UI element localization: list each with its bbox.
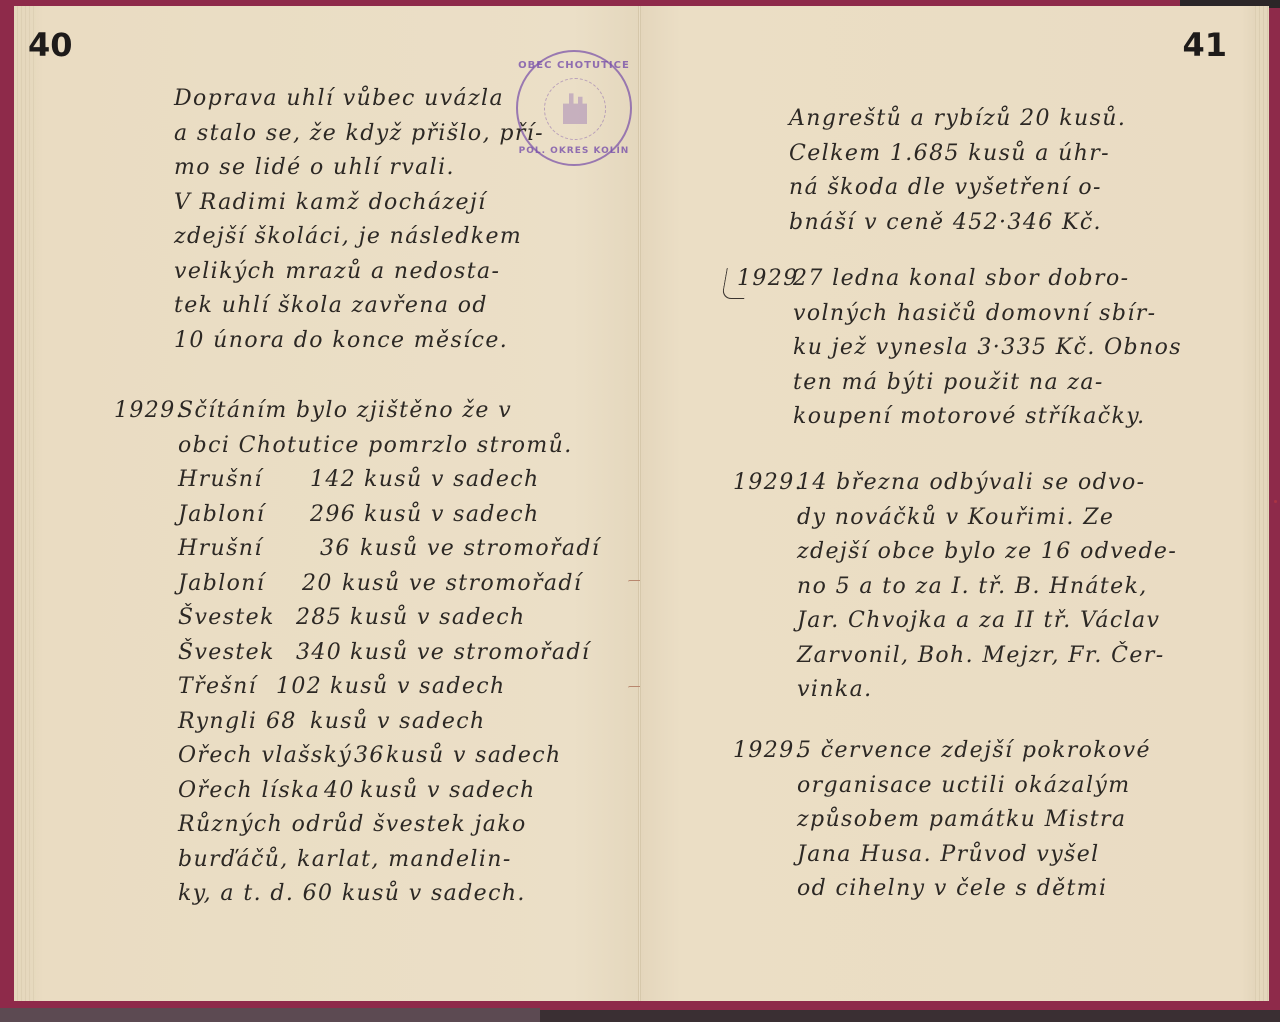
text-line: bnáší v ceně 452·346 Kč. [789, 206, 1126, 241]
text-line: 10 února do konce měsíce. [174, 324, 544, 359]
text-line: dy nováčků v Kouřimi. Ze [797, 505, 1114, 530]
text-line: Jana Husa. Průvod vyšel [797, 842, 1100, 867]
tree-location: kusů v sadech [310, 705, 486, 740]
paragraph-jan-hus-commemoration: 1929.5 července zdejší pokrokové organis… [733, 734, 1151, 907]
entry-year: 1929. [733, 466, 797, 501]
frozen-trees-table: Hrušní142kusů v sadech Jabloní296kusů v … [114, 463, 600, 808]
text-line: ky, a t. d. 60 kusů v sadech. [178, 881, 526, 906]
table-row: Švestek340kusů ve stromořadí [178, 636, 600, 671]
text-line: 27 ledna konal sbor dobro- [793, 266, 1129, 291]
paragraph-frozen-trees: 1929.Sčítáním bylo zjištěno že v obci Ch… [114, 394, 600, 912]
tree-type: Ořech vlašský [178, 739, 354, 774]
tree-location: kusů v sadech [360, 774, 536, 809]
table-row: Třešní102kusů v sadech [178, 670, 600, 705]
entry-year: 1929. [114, 394, 178, 429]
tree-type: Jabloní [178, 567, 296, 602]
text-line: ten má býti použit na za- [793, 370, 1104, 395]
table-row: Švestek285kusů v sadech [178, 601, 600, 636]
tree-count: 36 [354, 739, 386, 774]
table-row: Hrušní36kusů ve stromořadí [178, 532, 600, 567]
text-line: koupení motorové stříkačky. [793, 404, 1146, 429]
tree-type: Švestek [178, 601, 296, 636]
tree-count: 102 [276, 670, 330, 705]
text-line: obci Chotutice pomrzlo stromů. [178, 433, 573, 458]
text-line: Sčítáním bylo zjištěno že v [178, 398, 512, 423]
text-line: Jar. Chvojka a za II tř. Václav [797, 608, 1160, 633]
text-line: způsobem památku Mistra [797, 807, 1126, 832]
text-line: 5 července zdejší pokrokové [797, 738, 1151, 763]
page-edge-mark [1274, 500, 1277, 503]
text-line: tek uhlí škola zavřena od [174, 289, 544, 324]
tree-location: kusů ve stromořadí [342, 567, 582, 602]
text-line: a stalo se, že když přišlo, pří- [174, 117, 544, 152]
tree-count: 285 [296, 601, 350, 636]
tree-location: kusů ve stromořadí [350, 636, 590, 671]
table-row: Ořech líska40kusů v sadech [178, 774, 600, 809]
text-line: od cihelny v čele s dětmi [797, 876, 1107, 901]
tree-location: kusů v sadech [364, 498, 540, 533]
stamp-top-text: OBEC CHOTUTICE [518, 60, 630, 71]
text-line: velikých mrazů a nedosta- [174, 255, 544, 290]
table-row: Jabloní296kusů v sadech [178, 498, 600, 533]
text-line: Různých odrůd švestek jako [178, 812, 527, 837]
tree-count: 296 [310, 498, 364, 533]
table-row: Jabloní20kusů ve stromořadí [178, 567, 600, 602]
text-line: Doprava uhlí vůbec uvázla [174, 82, 544, 117]
table-row: Hrušní142kusů v sadech [178, 463, 600, 498]
text-line: mo se lidé o uhlí rvali. [174, 151, 544, 186]
text-line: zdejší obce bylo ze 16 odvede- [797, 539, 1177, 564]
table-row: Ořech vlašský36kusů v sadech [178, 739, 600, 774]
text-line: no 5 a to za I. tř. B. Hnátek, [797, 574, 1148, 599]
tree-type: Švestek [178, 636, 296, 671]
text-line: Zarvonil, Boh. Mejzr, Fr. Čer- [797, 643, 1165, 668]
page-number: 40 [28, 26, 73, 64]
page-number: 41 [1182, 26, 1227, 64]
paragraph-coal-shortage: Doprava uhlí vůbec uvázla a stalo se, že… [174, 82, 544, 358]
page-stack-edges [1255, 6, 1269, 1001]
tree-type: Hrušní [178, 532, 296, 567]
text-line: vinka. [797, 677, 872, 702]
table-row: Ryngli68kusů v sadech [178, 705, 600, 740]
paragraph-fire-brigade-collection: 192927 ledna konal sbor dobro- volných h… [737, 262, 1182, 435]
tree-location: kusů v sadech [330, 670, 506, 705]
text-line: ná škoda dle vyšetření o- [789, 171, 1126, 206]
text-line: zdejší školáci, je následkem [174, 220, 544, 255]
page-stack-edges [14, 6, 36, 1001]
tree-count: 40 [324, 774, 360, 809]
paragraph-tree-damage-total: Angreštů a rybízů 20 kusů. Celkem 1.685 … [789, 102, 1126, 240]
tree-count: 36 [320, 532, 360, 567]
tree-type: Ryngli [178, 705, 266, 740]
tree-count: 20 [302, 567, 342, 602]
tree-count: 68 [266, 705, 310, 740]
text-line: volných hasičů domovní sbír- [793, 301, 1157, 326]
tree-type: Hrušní [178, 463, 296, 498]
text-line: Angreštů a rybízů 20 kusů. [789, 102, 1126, 137]
tree-type: Ořech líska [178, 774, 324, 809]
text-line: V Radimi kamž docházejí [174, 186, 544, 221]
tree-location: kusů v sadech [350, 601, 526, 636]
text-line: Celkem 1.685 kusů a úhr- [789, 137, 1126, 172]
tree-location: kusů v sadech [364, 463, 540, 498]
text-line: ku jež vynesla 3·335 Kč. Obnos [793, 335, 1182, 360]
right-page: 41 CHOTUTICE Angreštů a rybízů 20 kusů. … [640, 6, 1269, 1001]
text-line: organisace uctili okázalým [797, 773, 1130, 798]
tree-type: Třešní [178, 670, 276, 705]
tree-count: 142 [310, 463, 364, 498]
tree-location: kusů ve stromořadí [360, 532, 600, 567]
cover-bottom-edge [0, 1008, 540, 1022]
entry-year: 1929. [733, 734, 797, 769]
tree-count: 340 [296, 636, 350, 671]
tree-type: Jabloní [178, 498, 296, 533]
text-line: burďáčů, karlat, mandelin- [178, 847, 512, 872]
paragraph-military-conscription: 1929.14 března odbývali se odvo- dy nová… [733, 466, 1177, 708]
tree-location: kusů v sadech [386, 739, 562, 774]
left-page: 40 OBEC CHOTUTICE POL. OKRES KOLÍN Dopra… [14, 6, 639, 1001]
text-line: 14 března odbývali se odvo- [797, 470, 1145, 495]
